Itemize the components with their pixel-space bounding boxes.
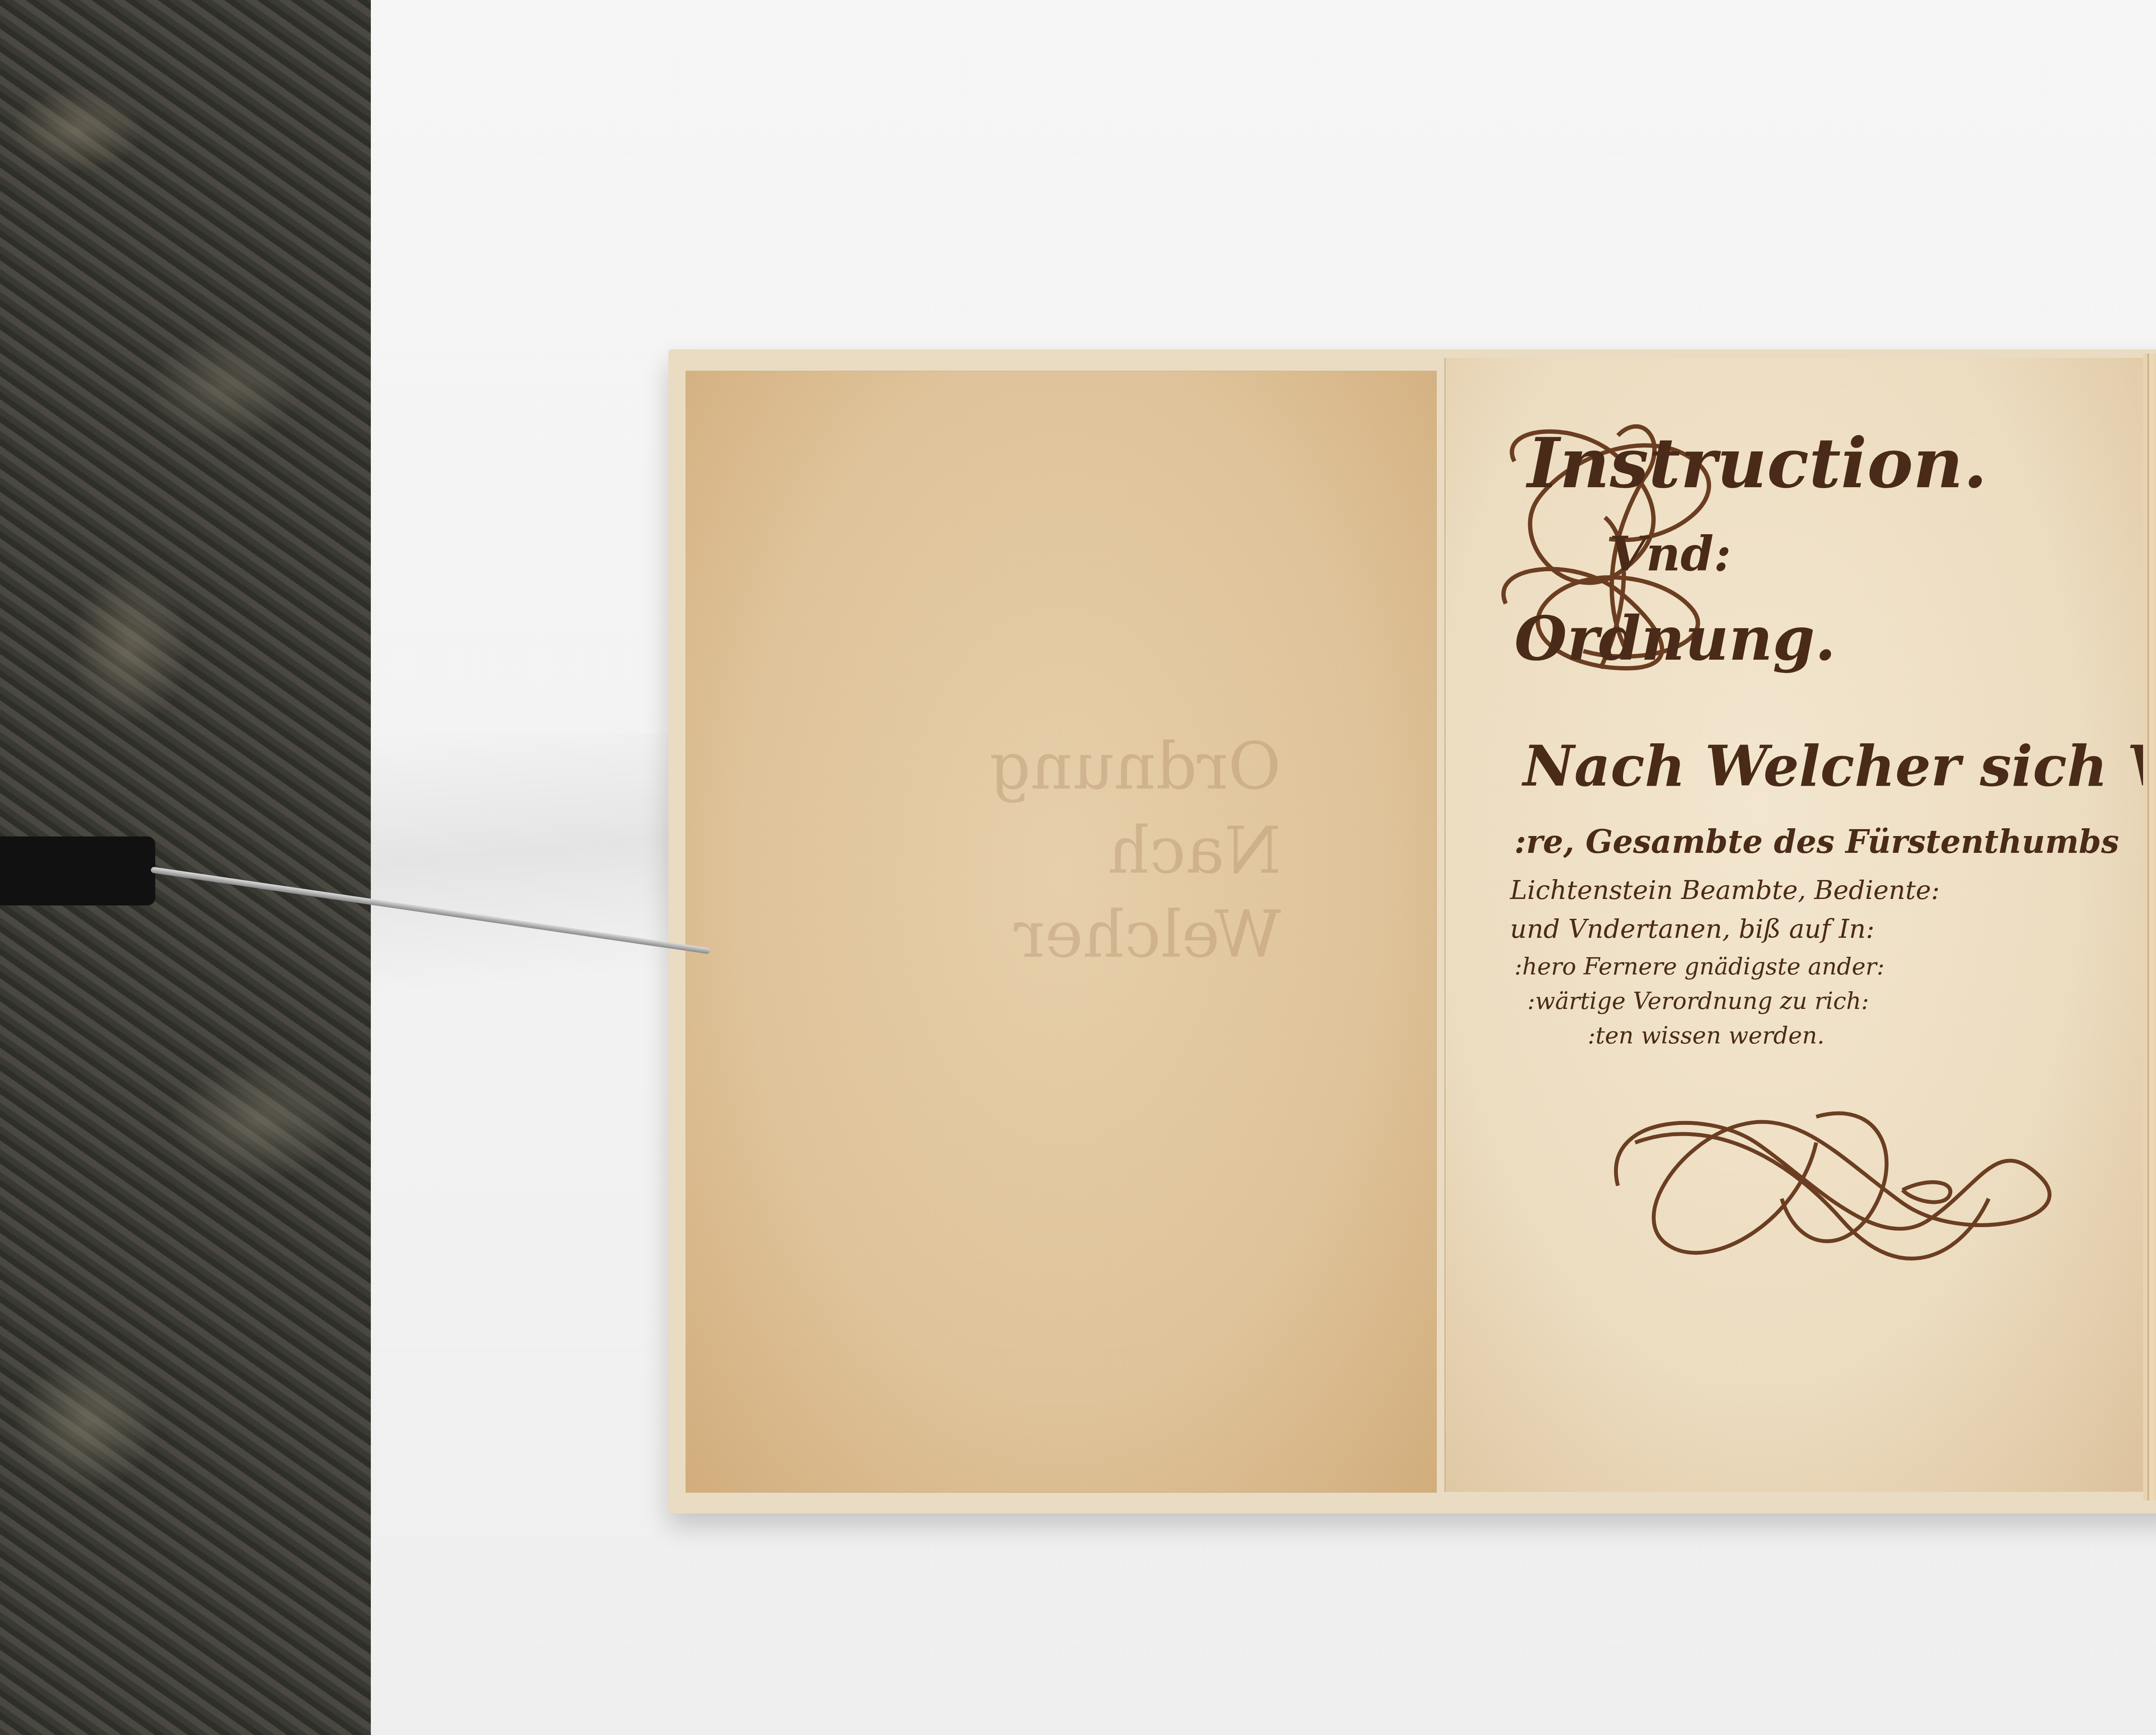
body-line-3: Lichtenstein Beambte, Bediente: [1510, 875, 2144, 905]
title-instruction: Instruction. [1527, 423, 2144, 504]
body-line-1: Nach Welcher sich Vnse: [1523, 733, 2144, 799]
probe-handle [0, 836, 155, 905]
decorative-bottom-flourish-icon [1575, 1091, 2071, 1263]
probe-shadow [371, 733, 707, 1035]
body-line-4: und Vndertanen, biß auf In: [1510, 914, 2144, 944]
body-line-5: :hero Fernere gnädigste ander: [1514, 953, 2144, 980]
title-ordnung: Ordnung. [1514, 604, 2144, 674]
left-page: Ordnung Nach Welcher [686, 371, 1437, 1493]
bleed-through-text: Ordnung Nach Welcher [979, 725, 1281, 1027]
page-edges [2143, 354, 2156, 1500]
open-manuscript: Ordnung Nach Welcher Instruction. Vnd: O… [668, 349, 2156, 1513]
title-vnd: Vnd: [1609, 526, 2144, 582]
body-line-7: :ten wissen werden. [1588, 1022, 2144, 1049]
right-page: Instruction. Vnd: Ordnung. Nach Welcher … [1445, 358, 2144, 1492]
body-line-6: :wärtige Verordnung zu rich: [1527, 987, 2144, 1015]
body-line-2: :re, Gesambte des Fürstenthumbs [1514, 824, 2144, 861]
